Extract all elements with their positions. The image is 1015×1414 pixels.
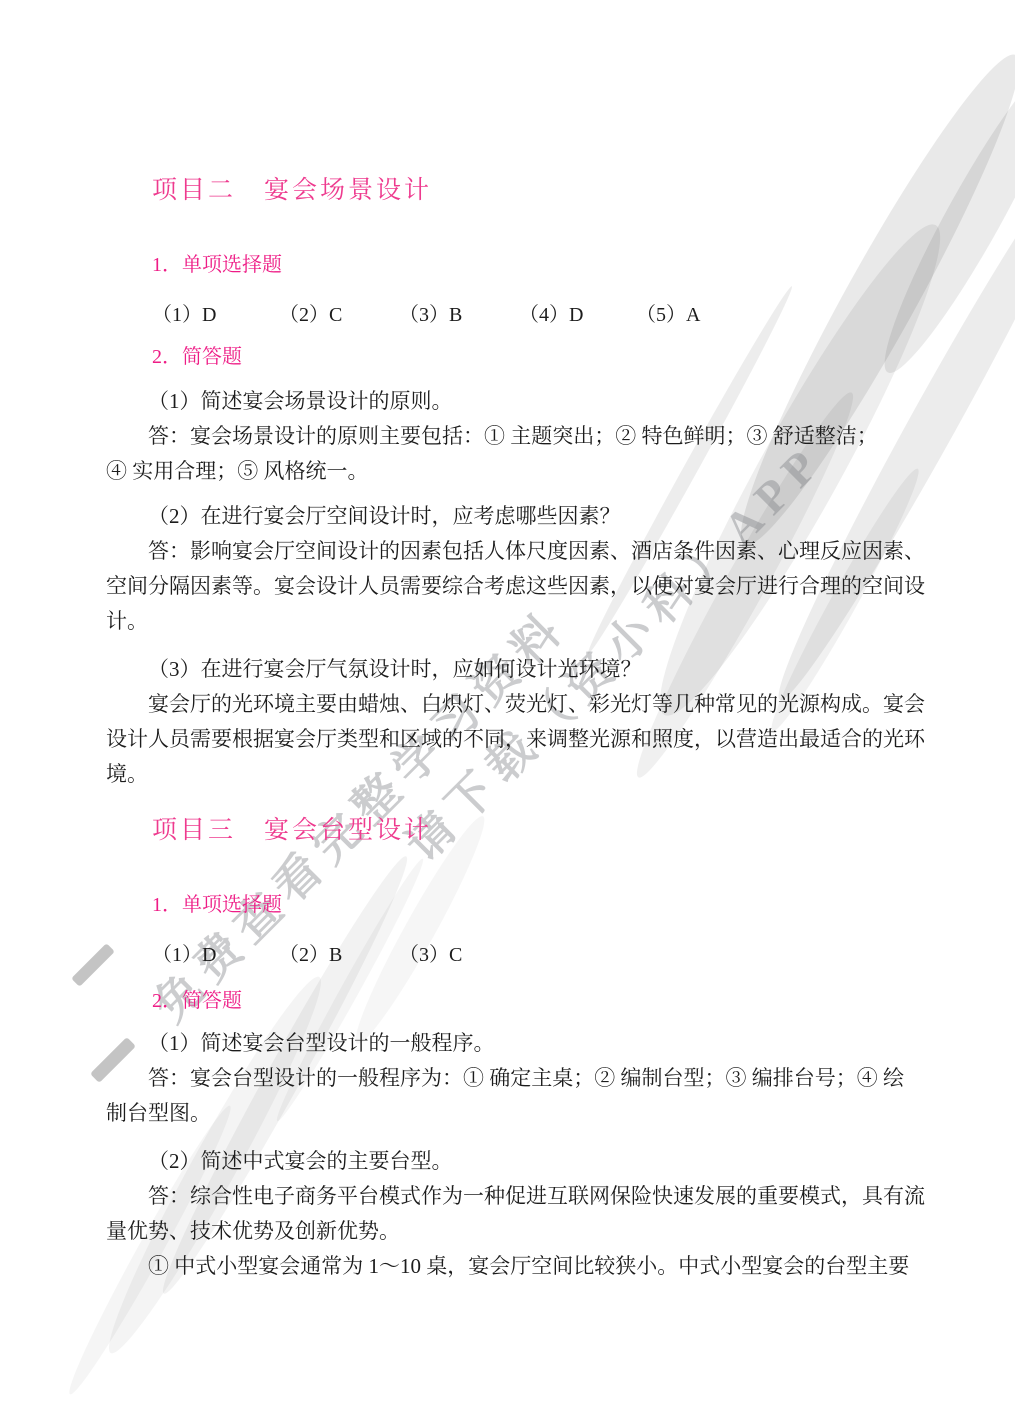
paragraph-line: （2）简述中式宴会的主要台型。 — [106, 1148, 950, 1174]
answer-item: （2）B — [279, 938, 342, 967]
document-page: { "colors": { "heading_pink": "#ee3a8e",… — [0, 0, 1015, 1414]
paragraph-line: 答：宴会场景设计的原则主要包括：① 主题突出；② 特色鲜明；③ 舒适整洁； — [106, 423, 950, 449]
answer-item: （1）D — [152, 938, 216, 967]
paragraph-line: （1）简述宴会台型设计的一般程序。 — [106, 1030, 950, 1056]
answer-item: （3）B — [399, 298, 462, 327]
paragraph-line: （2）在进行宴会厅空间设计时，应考虑哪些因素？ — [106, 503, 950, 529]
paragraph-line: 制台型图。 — [106, 1100, 908, 1126]
paragraph-line: 答：宴会台型设计的一般程序为：① 确定主桌；② 编制台型；③ 编排台号；④ 绘 — [106, 1065, 950, 1091]
section-title-project3: 项目三 宴会台型设计 — [152, 810, 432, 846]
paragraph-line: 设计人员需要根据宴会厅类型和区域的不同，来调整光源和照度，以营造出最适合的光环 — [106, 726, 908, 752]
answer-item: （3）C — [399, 938, 462, 967]
paragraph-line: （1）简述宴会场景设计的原则。 — [106, 388, 950, 414]
answer-item: （1）D — [152, 298, 216, 327]
p2-short-answer-heading: 2．简答题 — [152, 340, 242, 369]
section-title-project2: 项目二 宴会场景设计 — [152, 170, 432, 206]
paragraph-line: 空间分隔因素等。宴会设计人员需要综合考虑这些因素，以便对宴会厅进行合理的空间设 — [106, 573, 908, 599]
watermark-text-line2: 请下载（资小科）APP — [389, 426, 837, 874]
p2-answers-row: （1）D （2）C （3）B （4）D （5）A — [152, 298, 852, 324]
answer-item: （5）A — [636, 298, 700, 327]
paragraph-line: 计。 — [106, 608, 908, 634]
paragraph-line: （3）在进行宴会厅气氛设计时，应如何设计光环境？ — [106, 656, 950, 682]
paragraph-line: ① 中式小型宴会通常为 1～10 桌，宴会厅空间比较狭小。中式小型宴会的台型主要 — [106, 1253, 950, 1279]
p3-short-answer-heading: 2．简答题 — [152, 984, 242, 1013]
paragraph-line: 量优势、技术优势及创新优势。 — [106, 1218, 908, 1244]
paragraph-line: 答：影响宴会厅空间设计的因素包括人体尺度因素、酒店条件因素、心理反应因素、 — [106, 538, 950, 564]
p2-choice-question-heading: 1．单项选择题 — [152, 248, 282, 277]
paragraph-line: ④ 实用合理；⑤ 风格统一。 — [106, 458, 908, 484]
brush-mark-watermark — [71, 943, 115, 987]
answer-item: （4）D — [519, 298, 583, 327]
paragraph-line: 宴会厅的光环境主要由蜡烛、白炽灯、荧光灯、彩光灯等几种常见的光源构成。宴会 — [106, 691, 950, 717]
paragraph-line: 答：综合性电子商务平台模式作为一种促进互联网保险快速发展的重要模式，具有流 — [106, 1183, 950, 1209]
paragraph-line: 境。 — [106, 761, 908, 787]
answer-item: （2）C — [279, 298, 342, 327]
p3-choice-question-heading: 1．单项选择题 — [152, 888, 282, 917]
p3-answers-row: （1）D （2）B （3）C — [152, 938, 852, 964]
brush-stroke-watermark — [60, 1100, 241, 1400]
brush-stroke-watermark — [864, 44, 1015, 385]
